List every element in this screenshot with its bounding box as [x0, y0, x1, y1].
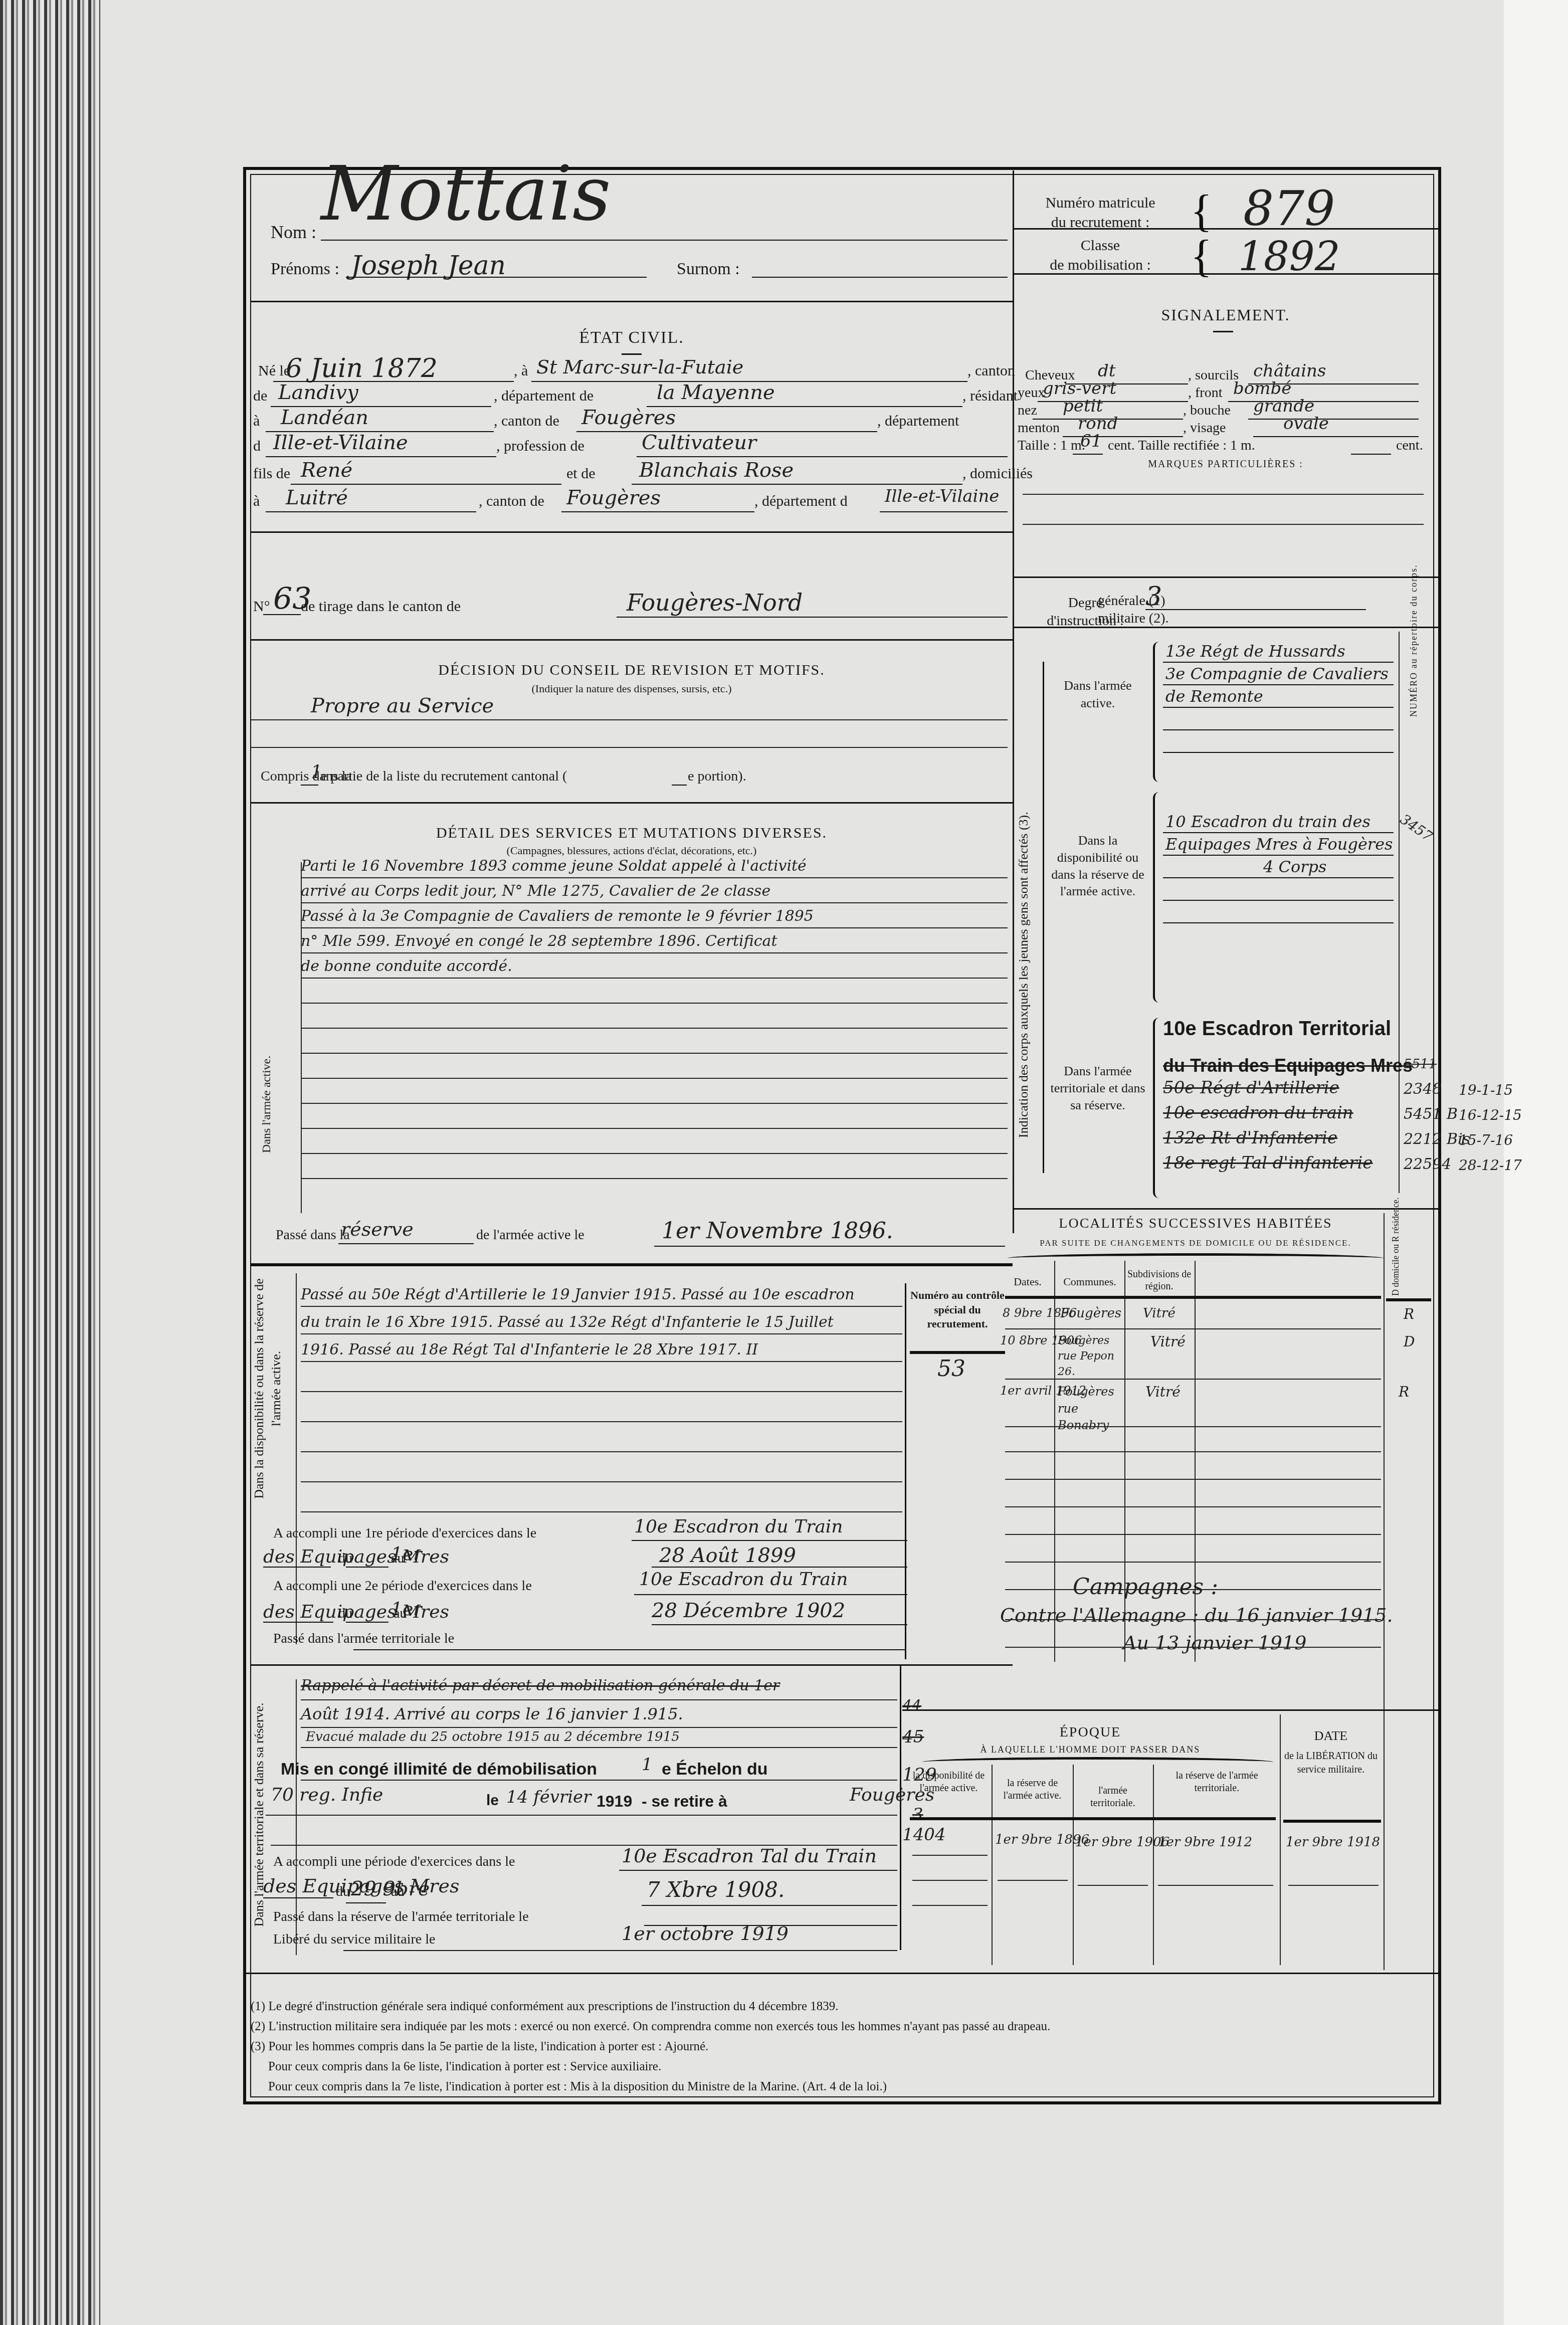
localite-subdivision: Vitré [1145, 1384, 1181, 1400]
services-rule [301, 1103, 1008, 1104]
territoriale-row-date: 16-12-15 [1459, 1107, 1522, 1123]
affectation-disponibilite-line-2: Equipages Mres à Fougères [1165, 835, 1393, 854]
periode2-label: A accompli une 2e période d'exercices da… [273, 1579, 532, 1593]
periode1-au-label: au [391, 1552, 404, 1566]
matricule-label-line1: Numéro matricule [1018, 193, 1183, 213]
signalement-dash [1213, 331, 1233, 332]
residant-canton-value: Fougères [581, 406, 676, 429]
tirage-canton-value: Fougères-Nord [627, 589, 803, 616]
numero-controle-label: Numéro au contrôle spécial du recrutemen… [907, 1288, 1008, 1331]
domicile-canton-value: Fougères [566, 486, 661, 509]
marques-line-2 [1023, 524, 1424, 525]
territoriale-marks-divider [900, 1664, 901, 1950]
margin-mark: 3 [912, 1805, 923, 1825]
sourcils-value: châtains [1253, 361, 1326, 381]
localite-subdivision: Vitré [1150, 1333, 1186, 1350]
affectation-active-brace [1153, 642, 1160, 782]
affectation-territoriale-stamp-2: du Train des Equipages Mres [1163, 1055, 1413, 1076]
disponibilite-rule [301, 1451, 902, 1452]
ne-a-label: , à [514, 363, 528, 378]
domicile-canton-label: , canton de [479, 494, 544, 509]
right-column-divider [1013, 170, 1014, 1233]
services-active-line: de bonne conduite accordé. [301, 957, 512, 975]
residant-departement-label: , département [877, 414, 959, 429]
nom-value: Mottais [321, 150, 611, 238]
campagnes-title: Campagnes : [1073, 1574, 1218, 1600]
epoque-col-divider-3 [1153, 1765, 1154, 1965]
etat-civil-divider-1 [251, 531, 1013, 533]
passe-reserve-terr-label: Passé dans la réserve de l'armée territo… [273, 1910, 529, 1924]
epoque-col-territoriale: l'armée territoriale. [1075, 1785, 1150, 1810]
affectation-active-line-2: 3e Compagnie de Cavaliers [1165, 664, 1389, 683]
conge-echelon-label: e Échelon du [662, 1760, 768, 1779]
passe-reserve-line [338, 1243, 474, 1244]
services-side-label-active: Dans l'armée active. [261, 1056, 273, 1153]
residant-label: , résidant [962, 389, 1018, 404]
epoque-col-disponibilite: la disponibilité de l'armée active. [907, 1770, 990, 1795]
affectations-side-label: Indication des corps auxquels les jeunes… [1017, 812, 1031, 1138]
pere-line [291, 484, 561, 485]
affectation-territoriale-brace [1153, 1018, 1160, 1198]
matricule-divider [1013, 228, 1439, 230]
territoriale-rule [301, 1699, 897, 1700]
domicile-line [266, 511, 476, 512]
affectation-disponibilite-line-3: 4 Corps [1263, 857, 1326, 876]
instruction-generale-value: 3 [1145, 582, 1162, 612]
decision-value: Propre au Service [311, 694, 494, 717]
terr-periode-au-value: 7 Xbre 1908. [647, 1877, 785, 1902]
liberation-label: de la LIBÉRATION du service militaire. [1283, 1750, 1379, 1777]
yeux-line [1038, 401, 1188, 402]
yeux-label: yeux [1018, 386, 1045, 400]
localites-subtitle: PAR SUITE DE CHANGEMENTS DE DOMICILE OU … [1003, 1238, 1389, 1248]
passe-reserve-value: réserve [341, 1218, 414, 1240]
libere-value: 1er octobre 1919 [622, 1922, 789, 1945]
affectations-side-divider [1043, 662, 1044, 1173]
affectation-disponibilite-brace [1153, 792, 1160, 1003]
disponibilite-divider [251, 1664, 1013, 1666]
domicile-a-label: à [253, 494, 260, 509]
matricule-label: Numéro matricule du recrutement : [1018, 193, 1183, 232]
periode2-du-label: du [338, 1607, 352, 1621]
departement-line [647, 406, 962, 407]
localites-col-subdivisions: Subdivisions de région. [1125, 1268, 1193, 1292]
conge-date-value: 14 février [506, 1787, 592, 1807]
conge-year: 1919 [597, 1792, 632, 1811]
fils-de-label: fils de [253, 466, 290, 481]
disponibilite-rule [301, 1333, 902, 1334]
passe-territoriale-label: Passé dans l'armée territoriale le [273, 1632, 454, 1646]
epoque-liberation-divider [1280, 1714, 1281, 1965]
header-divider [251, 301, 1013, 302]
services-active-line: arrivé au Corps ledit jour, N° Mle 1275,… [301, 882, 770, 900]
territoriale-line: Evacué malade du 25 octobre 1915 au 2 dé… [306, 1729, 680, 1745]
domicile-departement-line [880, 511, 1008, 512]
tirage-no-line [263, 614, 301, 615]
tirage-no-label: N° [253, 599, 270, 614]
localite-rule [1005, 1479, 1381, 1480]
territoriale-row-corps: 10e escadron du train [1163, 1103, 1353, 1123]
terr-periode-unit: 10e Escadron Tal du Train [622, 1845, 877, 1867]
localite-commune: Fougères [1060, 1306, 1121, 1321]
signalement-title: SIGNALEMENT. [1013, 306, 1439, 324]
decision-line-1 [251, 719, 1008, 720]
signalement-divider [1013, 576, 1439, 578]
numero-controle-rule [910, 1351, 1005, 1354]
territoriale-row-corps: 18e regt Tal d'infanterie [1163, 1153, 1373, 1173]
departement-value: la Mayenne [657, 381, 775, 404]
domicile-canton-line [561, 511, 754, 512]
services-rule [301, 1078, 1008, 1079]
periode1-du-label: du [338, 1552, 352, 1566]
epoque-brace [922, 1757, 1273, 1767]
terr-periode-label: A accompli une période d'exercices dans … [273, 1855, 515, 1869]
et-de-label: et de [566, 466, 595, 481]
bouche-label: , bouche [1183, 404, 1231, 418]
services-rule [301, 877, 1008, 878]
services-rule [301, 1128, 1008, 1129]
epoque-value-territoriale: 1er 9bre 1906 [1075, 1835, 1169, 1850]
epoque-subtitle: À LAQUELLE L'HOMME DOIT PASSER DANS [902, 1745, 1278, 1755]
numero-controle-divider [905, 1283, 906, 1659]
terr-periode-unit2-line [263, 1897, 333, 1898]
localites-brace [1008, 1253, 1384, 1263]
instruction-divider [1013, 627, 1439, 628]
tirage-canton-line [617, 617, 1008, 618]
epoque-col-reserve-active: la réserve de l'armée active. [994, 1777, 1071, 1802]
localites-col-dr: D domicile ou R résidence. [1391, 1198, 1401, 1296]
conge-retire-label: - se retire à [642, 1792, 727, 1811]
sourcils-label: , sourcils [1188, 368, 1239, 382]
footnote: (2) L'instruction militaire sera indiqué… [251, 2020, 1050, 2033]
etat-civil-title: ÉTAT CIVIL. [251, 328, 1013, 347]
domicile-departement-label: , département d [754, 494, 848, 509]
territoriale-row-corps: 132e Rt d'Infanterie [1163, 1128, 1337, 1148]
periode2-au-value: 28 Décembre 1902 [652, 1599, 845, 1622]
territoriale-row-corps: 50e Régt d'Artillerie [1163, 1078, 1339, 1098]
services-rule [301, 952, 1008, 953]
liberation-header-rule [1283, 1820, 1381, 1823]
terr-periode-du-label: du [336, 1885, 350, 1899]
residant-departement-line [266, 456, 496, 457]
instruction-generale-line [1145, 609, 1366, 610]
visage-line [1253, 436, 1419, 437]
cent-label: cent. [1396, 439, 1423, 453]
localites-col-communes: Communes. [1055, 1276, 1124, 1288]
disponibilite-rule [301, 1391, 902, 1392]
localite-rule [1005, 1506, 1381, 1507]
terr-periode-du-line [346, 1902, 386, 1903]
decision-subtitle: (Indiquer la nature des dispenses, sursi… [251, 683, 1013, 695]
periode2-au-label: au [394, 1607, 407, 1621]
periode1-du-line [346, 1567, 388, 1568]
marques-label: MARQUES PARTICULIÈRES : [1013, 459, 1439, 470]
campagnes-line-1: Contre l'Allemagne : du 16 janvier 1915. [1000, 1604, 1393, 1626]
affectation-territoriale-stamp-numero: 5511 [1404, 1057, 1437, 1072]
residant-canton-label: , canton de [494, 414, 559, 429]
services-rule [301, 927, 1008, 928]
disponibilite-side-label: Dans la disponibilité ou dans la réserve… [251, 1273, 285, 1504]
marques-line-1 [1023, 494, 1424, 495]
surnom-line [752, 277, 1008, 278]
departement-label: , département de [494, 389, 594, 404]
services-rule [301, 978, 1008, 979]
periode1-au-line [652, 1567, 907, 1568]
campagnes-line-2: Au 13 janvier 1919 [1123, 1632, 1306, 1654]
nez-label: nez [1018, 404, 1037, 418]
affectation-disponibilite-rule-4 [1163, 900, 1394, 901]
menton-value: rond [1078, 414, 1118, 434]
localite-type: R [1399, 1384, 1409, 1400]
periode1-au-value: 28 Août 1899 [659, 1544, 796, 1567]
affectation-disponibilite-rule-1 [1163, 832, 1394, 833]
tirage-label: de tirage dans le canton de [301, 599, 461, 614]
bouche-value: grande [1253, 396, 1314, 416]
footnote: Pour ceux compris dans la 6e liste, l'in… [268, 2060, 661, 2073]
domicile-departement-value: Ille-et-Vilaine [885, 486, 999, 506]
affectation-disponibilite-rule-5 [1163, 922, 1394, 923]
profession-value: Cultivateur [642, 431, 756, 454]
territoriale-row-date: 28-12-17 [1459, 1157, 1522, 1174]
epoque-col-divider-2 [1073, 1765, 1074, 1965]
periode1-unit2-line [263, 1567, 331, 1568]
epoque-rule [1078, 1885, 1148, 1886]
liberation-title: DATE [1283, 1729, 1379, 1742]
visage-label: , visage [1183, 421, 1226, 435]
classe-label-line2: de mobilisation : [1018, 255, 1183, 275]
localite-type: R [1404, 1306, 1414, 1322]
disponibilite-rule [301, 1361, 902, 1362]
affectation-active-rule-2 [1163, 684, 1394, 685]
classe-label-line1: Classe [1018, 236, 1183, 255]
disponibilite-rule [301, 1481, 902, 1482]
conge-rule-1 [301, 1780, 897, 1781]
pere-value: René [301, 459, 352, 482]
terr-periode-au-line [642, 1905, 897, 1906]
localite-rule [1005, 1379, 1381, 1380]
services-rule [301, 1153, 1008, 1154]
affectation-active-rule-1 [1163, 662, 1394, 663]
disponibilite-line: 1916. Passé au 18e Régt Tal d'Infanterie… [301, 1341, 758, 1359]
affectation-disponibilite-rule-2 [1163, 855, 1394, 856]
affectation-active-label: Dans l'armée active. [1048, 677, 1148, 712]
decision-line-2 [251, 747, 1008, 748]
periode1-unit: 10e Escadron du Train [634, 1516, 843, 1537]
territoriale-side-label: Dans l'armée territoriale et dans sa rés… [251, 1684, 268, 1945]
epoque-rule [998, 1880, 1068, 1881]
nom-label: Nom : [271, 223, 316, 241]
services-rule [301, 1028, 1008, 1029]
conge-echelon-value: 1 [642, 1755, 653, 1775]
territoriale-row-numero: 2348 [1404, 1080, 1442, 1098]
domicilies-label: , domiciliés [962, 466, 1033, 481]
services-rule [301, 1003, 1008, 1004]
margin-mark: 44 [902, 1697, 921, 1714]
localite-type: D [1404, 1333, 1415, 1350]
epoque-rule [912, 1905, 988, 1906]
canton-label: , canton [967, 363, 1015, 378]
epoque-top-divider [902, 1709, 1439, 1711]
margin-mark: 1404 [902, 1825, 946, 1845]
localites-col-dates: Dates. [1003, 1276, 1053, 1288]
taille-rectifiee-label: cent. Taille rectifiée : 1 m. [1108, 439, 1255, 453]
taille-value: 61 [1080, 431, 1102, 451]
territoriale-line: Rappelé à l'activité par décret de mobil… [301, 1677, 779, 1694]
services-title: DÉTAIL DES SERVICES ET MUTATIONS DIVERSE… [251, 825, 1013, 842]
localite-commune: Fougères rue Pepon 26. [1058, 1333, 1125, 1380]
affectation-disponibilite-label: Dans la disponibilité ou dans la réserve… [1048, 832, 1148, 900]
periode2-du-line [346, 1622, 388, 1623]
services-active-line: Parti le 16 Novembre 1893 comme jeune So… [301, 857, 807, 875]
services-rule [301, 1178, 1008, 1179]
numero-repertoire-label: NUMÉRO au répertoire du corps. [1409, 564, 1419, 717]
canton-value: Landivy [278, 381, 358, 404]
classe-label: Classe de mobilisation : [1018, 236, 1183, 275]
affectation-active-line-3: de Remonte [1165, 687, 1263, 706]
disponibilite-rule [301, 1306, 902, 1307]
conge-unit-value: 70 reg. Infie [271, 1785, 383, 1805]
localites-col-divider-2 [1124, 1261, 1125, 1662]
territoriale-rule [301, 1727, 897, 1728]
footnote: (1) Le degré d'instruction générale sera… [251, 2000, 839, 2013]
services-subtitle: (Campagnes, blessures, actions d'éclat, … [251, 845, 1013, 857]
classe-divider [1013, 273, 1439, 275]
decision-title: DÉCISION DU CONSEIL DE REVISION ET MOTIF… [251, 662, 1013, 679]
profession-line [637, 456, 1008, 457]
disponibilite-rule [301, 1511, 902, 1512]
passe-reserve-label: Passé dans la [276, 1228, 350, 1242]
passe-reserve-label-2: de l'armée active le [476, 1228, 584, 1242]
affectation-disponibilite-line-1: 10 Escadron du train des [1165, 812, 1370, 831]
passe-territoriale-line [353, 1649, 905, 1650]
prenoms-value: Joseph Jean [351, 251, 506, 281]
taille-rectifiee-line [1351, 454, 1391, 455]
terr-periode-du-value: 29 9bre [351, 1877, 430, 1900]
taille-line [1073, 454, 1103, 455]
epoque-rule [1288, 1885, 1379, 1886]
epoque-value-reserve-territoriale: 1er 9bre 1912 [1158, 1835, 1252, 1850]
footnote: Pour ceux compris dans la 7e liste, l'in… [268, 2080, 887, 2093]
territoriale-rule [301, 1747, 897, 1748]
localites-header-rule [1005, 1296, 1381, 1299]
localite-rule [1005, 1562, 1381, 1563]
mere-line [632, 484, 962, 485]
cheveux-value: dt [1098, 361, 1115, 381]
nez-value: petit [1063, 396, 1103, 416]
localite-rule [1005, 1328, 1381, 1329]
residant-d-label: d [253, 439, 261, 454]
affectations-divider [1013, 1208, 1439, 1210]
libere-line [343, 1950, 897, 1951]
ne-le-value: 6 Juin 1872 [286, 353, 438, 383]
visage-value: ovale [1283, 414, 1329, 434]
epoque-rule [912, 1880, 988, 1881]
domicile-value: Luitré [286, 486, 348, 509]
numero-column-divider [1399, 632, 1400, 1193]
affectation-active-rule-3 [1163, 707, 1394, 708]
residant-value: Landéan [281, 406, 368, 429]
disponibilite-line: Passé au 50e Régt d'Artillerie le 19 Jan… [301, 1286, 855, 1303]
disponibilite-line: du train le 16 Xbre 1915. Passé au 132e … [301, 1313, 834, 1331]
territoriale-line: Août 1914. Arrivé au corps le 16 janvier… [301, 1704, 683, 1723]
affectation-territoriale-stamp-1: 10e Escadron Territorial [1163, 1018, 1391, 1040]
etat-civil-divider-2 [251, 639, 1013, 641]
profession-label: , profession de [496, 439, 584, 454]
conge-rule-2 [266, 1815, 897, 1816]
localite-subdivision: Vitré [1143, 1306, 1175, 1321]
services-active-line: n° Mle 599. Envoyé en congé le 28 septem… [301, 932, 777, 950]
menton-label: menton [1018, 421, 1060, 435]
epoque-col-reserve-territoriale: la réserve de l'armée territoriale. [1155, 1770, 1278, 1795]
prenoms-label: Prénoms : [271, 261, 339, 278]
passe-reserve-date: 1er Novembre 1896. [662, 1218, 893, 1244]
periode2-unit: 10e Escadron du Train [639, 1569, 848, 1590]
ne-a-value: St Marc-sur-la-Futaie [536, 356, 743, 378]
residant-departement-value: Ille-et-Vilaine [273, 431, 408, 454]
localites-col-divider-4 [1384, 1213, 1385, 1970]
periode2-unit-line [634, 1594, 907, 1595]
epoque-title: ÉPOQUE [902, 1724, 1278, 1740]
front-label: , front [1188, 386, 1222, 400]
taille-label: Taille : 1 m. [1018, 439, 1085, 453]
territoriale-row-date: 15-7-16 [1459, 1132, 1513, 1148]
footnotes-divider [246, 1973, 1439, 1974]
epoque-rule [912, 1855, 988, 1856]
periode1-unit-line [632, 1540, 907, 1541]
conge-stamp: Mis en congé illimité de démobilisation [281, 1760, 597, 1779]
periode2-unit2-line [263, 1622, 333, 1623]
etat-civil-dash [622, 353, 642, 355]
compris-portion-line [672, 785, 687, 786]
instruction-militaire-label: militaire (2). [1098, 612, 1169, 626]
territoriale-row-numero: 5451 B [1404, 1105, 1458, 1123]
yeux-value: gris-vert [1043, 378, 1116, 399]
compris-label-3: e portion). [688, 769, 746, 784]
epoque-rule [1158, 1885, 1273, 1886]
epoque-col-divider-1 [992, 1765, 993, 1965]
localite-rule [1005, 1426, 1381, 1427]
nom-line [321, 240, 1008, 241]
compris-label-2: e partie de la liste du recrutement cant… [321, 769, 567, 784]
passe-reserve-date-line [654, 1246, 1005, 1247]
terr-periode-au-label: au [391, 1885, 404, 1899]
terr-periode-unit-line [619, 1870, 897, 1871]
mere-value: Blanchais Rose [639, 459, 794, 482]
localites-dr-header-rule [1386, 1298, 1431, 1301]
residant-a-label: à [253, 414, 260, 429]
surnom-label: Surnom : [677, 261, 740, 278]
periode1-label: A accompli une 1re période d'exercices d… [273, 1526, 536, 1540]
territoriale-row-date: 19-1-15 [1459, 1082, 1513, 1098]
affectation-territoriale-label: Dans l'armée territoriale et dans sa rés… [1048, 1063, 1148, 1113]
prenoms-line [346, 277, 647, 278]
de-label: de [253, 389, 267, 404]
services-active-line: Passé à la 3e Compagnie de Cavaliers de … [301, 907, 814, 925]
libere-label: Libéré du service militaire le [273, 1932, 435, 1947]
bouche-line [1248, 419, 1419, 420]
services-divider [251, 1263, 1013, 1266]
numero-controle-value: 53 [937, 1356, 965, 1382]
affectation-active-rule-5 [1163, 752, 1394, 753]
periode2-au-line [652, 1624, 907, 1625]
localite-rule [1005, 1451, 1381, 1452]
services-rule [301, 1053, 1008, 1054]
front-value: bombé [1233, 378, 1291, 399]
localites-col-divider-3 [1195, 1261, 1196, 1662]
liberation-value: 1er 9bre 1918 [1286, 1835, 1380, 1850]
disponibilite-rule [301, 1421, 902, 1422]
affectation-active-line-1: 13e Régt de Hussards [1165, 642, 1345, 661]
